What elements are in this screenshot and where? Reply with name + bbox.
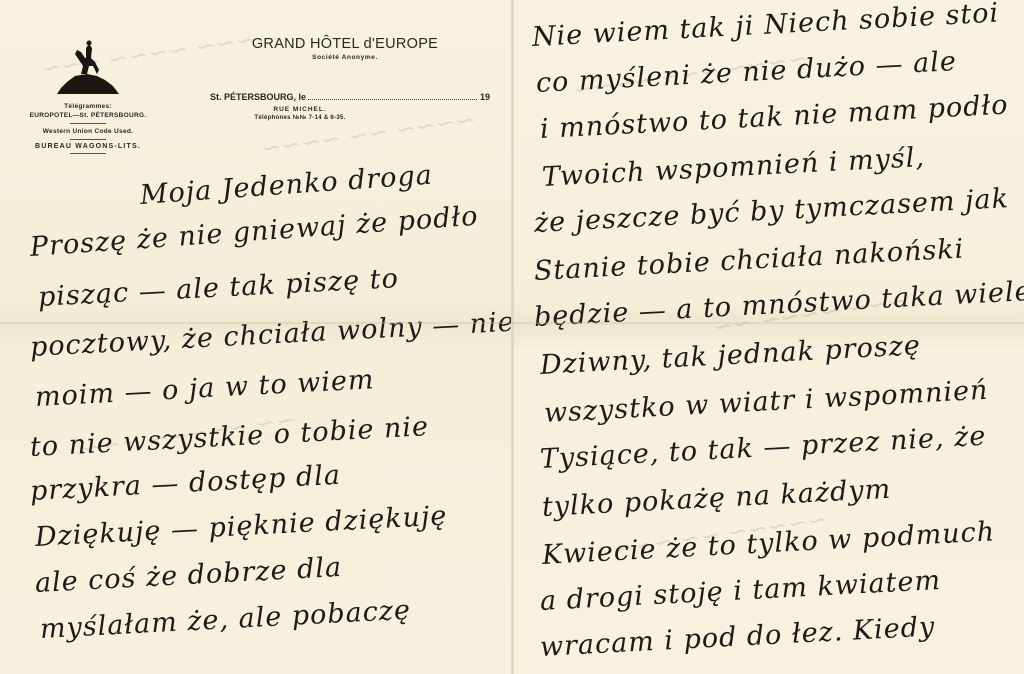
handwritten-line: Proszę że nie gniewaj że podło bbox=[29, 201, 479, 263]
handwritten-line: Dziękuję — pięknie dziękuję bbox=[34, 500, 448, 553]
letter-page-right: ~~~~ ~~~ ~~~~ ~~~ ~~~~ ~~ ~~~~~ ~~ ~~~ N… bbox=[512, 0, 1024, 674]
divider bbox=[70, 153, 106, 154]
handwritten-line: Twoich wspomnień i myśl, bbox=[541, 142, 925, 193]
center-fold bbox=[511, 0, 514, 674]
handwritten-line: Moja Jedenko droga bbox=[139, 160, 434, 211]
telephone-numbers: Téléphones №№ 7-14 & 6-35. bbox=[210, 115, 390, 121]
letterhead-header: GRAND HÔTEL d'EUROPE Société Anonyme. bbox=[210, 36, 500, 61]
handwritten-line: pocztowy, że chciała wolny — nie bbox=[29, 307, 512, 363]
address-block: RUE MICHEL. Téléphones №№ 7-14 & 6-35. bbox=[210, 106, 390, 121]
handwritten-line: pisząc — ale tak piszę to bbox=[37, 263, 399, 313]
handwritten-line: Stanie tobie chciała nakoński bbox=[533, 233, 965, 287]
street-address: RUE MICHEL. bbox=[210, 106, 390, 113]
letter-page-left: ~~~ ~~~~ ~~~ ~~~~ ~~ ~~~~ ~~ ~~~~~ ~~~ T… bbox=[0, 0, 512, 674]
handwritten-line: moim — o ja w to wiem bbox=[34, 364, 375, 413]
letterhead-logo-block: Télégrammes: EUROPOTEL—St. PÉTERSBOURG. … bbox=[18, 36, 158, 157]
year-suffix: 19 bbox=[480, 92, 490, 102]
handwritten-line: a drogi stoję i tam kwiatem bbox=[539, 565, 942, 617]
code-note: Western Union Code Used. bbox=[18, 127, 158, 136]
date-blank bbox=[308, 99, 477, 100]
divider bbox=[70, 139, 106, 140]
handwritten-line: przykra — dostęp dla bbox=[29, 460, 342, 507]
handwritten-line: wszystko w wiatr i wspomnień bbox=[543, 375, 989, 429]
company-type: Société Anonyme. bbox=[210, 54, 480, 61]
bureau-label: BUREAU WAGONS-LITS. bbox=[18, 143, 158, 150]
divider bbox=[70, 123, 106, 124]
place-date-line: St. PÉTERSBOURG, le 19 bbox=[210, 92, 490, 102]
bronze-horseman-statue-icon bbox=[53, 36, 123, 96]
handwritten-line: że jeszcze być by tymczasem jak bbox=[533, 183, 1009, 239]
telegram-address: EUROPOTEL—St. PÉTERSBOURG. bbox=[18, 111, 158, 120]
handwritten-line: Nie wiem tak ji Niech sobie stoi bbox=[531, 0, 1000, 53]
handwritten-line: wracam i pod do łez. Kiedy bbox=[539, 611, 936, 663]
place-prefix: St. PÉTERSBOURG, le bbox=[210, 92, 306, 102]
telegram-label: Télégrammes: bbox=[18, 102, 158, 111]
handwritten-line: Tysiące, to tak — przez nie, że bbox=[539, 421, 987, 475]
hotel-name: GRAND HÔTEL d'EUROPE bbox=[210, 36, 480, 52]
handwritten-line: tylko pokażę na każdym bbox=[541, 474, 892, 523]
handwritten-line: ale coś że dobrze dla bbox=[34, 552, 343, 599]
handwritten-line: myślałam że, ale pobaczę bbox=[39, 595, 412, 645]
horizontal-fold bbox=[0, 322, 1024, 324]
